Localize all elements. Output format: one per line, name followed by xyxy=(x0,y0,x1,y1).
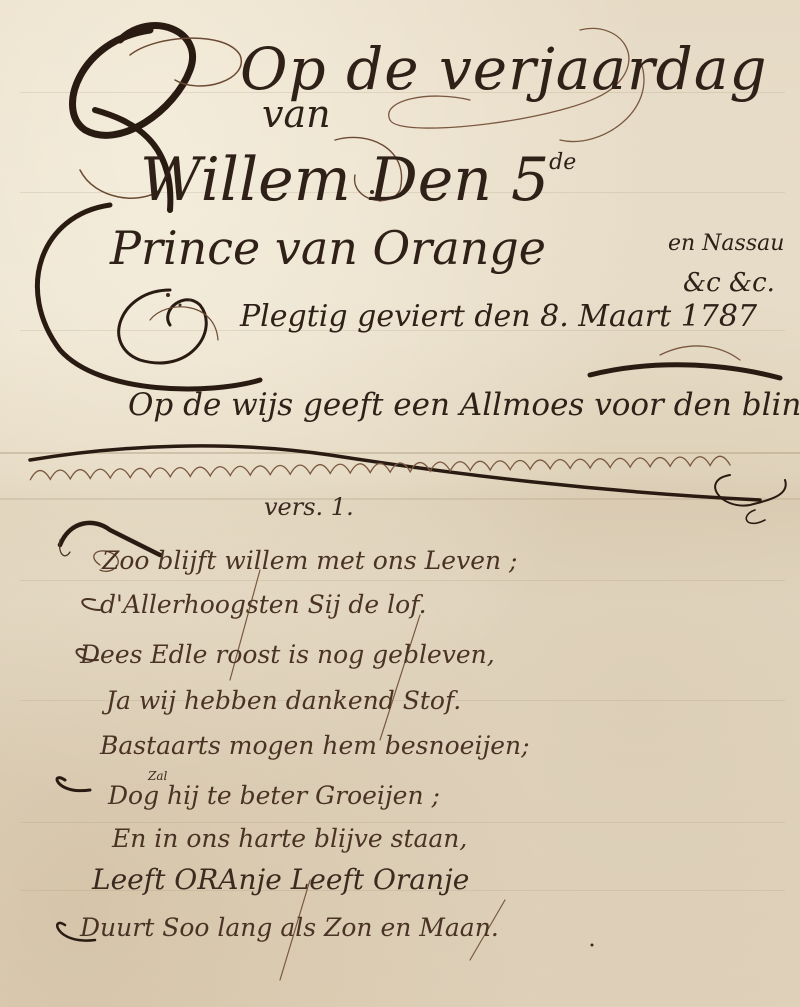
manuscript-page: Op de verjaardag van Willem Den 5de Prin… xyxy=(0,0,800,1007)
verse-line: d'Allerhoogsten Sij de lof. xyxy=(100,592,427,617)
verse-line: Zoo blijft willem met ons Leven ; xyxy=(102,548,517,573)
verse-line: Duurt Soo lang als Zon en Maan. xyxy=(80,915,499,940)
title-line-3: Willem Den 5de xyxy=(140,150,576,210)
et-cetera: &c &c. xyxy=(683,270,775,296)
celebration-date: Plegtig geviert den 8. Maart 1787 xyxy=(240,302,757,332)
verse-line: Dees Edle roost is nog gebleven, xyxy=(80,642,495,667)
tune-indication: Op de wijs geeft een Allmoes voor den bl… xyxy=(128,390,800,421)
title-line-2: van xyxy=(262,95,331,133)
verse-line: Dog hij te beter Groeijen ; xyxy=(108,783,440,808)
verse-label: vers. 1. xyxy=(264,495,354,519)
title-name: Willem Den 5 xyxy=(140,145,549,215)
title-line-4: Prince van Orange xyxy=(110,225,546,271)
title-line-4-tail: en Nassau xyxy=(668,233,784,255)
verse-line: Bastaarts mogen hem besnoeijen; xyxy=(100,733,530,758)
title-line-1: Op de verjaardag xyxy=(240,40,768,98)
ordinal-suffix: de xyxy=(549,150,576,175)
verse-line-refrain: Leeft ORAnje Leeft Oranje xyxy=(92,866,469,894)
verse-line: Ja wij hebben dankend Stof. xyxy=(106,688,461,713)
verse-line: En in ons harte blijve staan, xyxy=(112,826,467,851)
